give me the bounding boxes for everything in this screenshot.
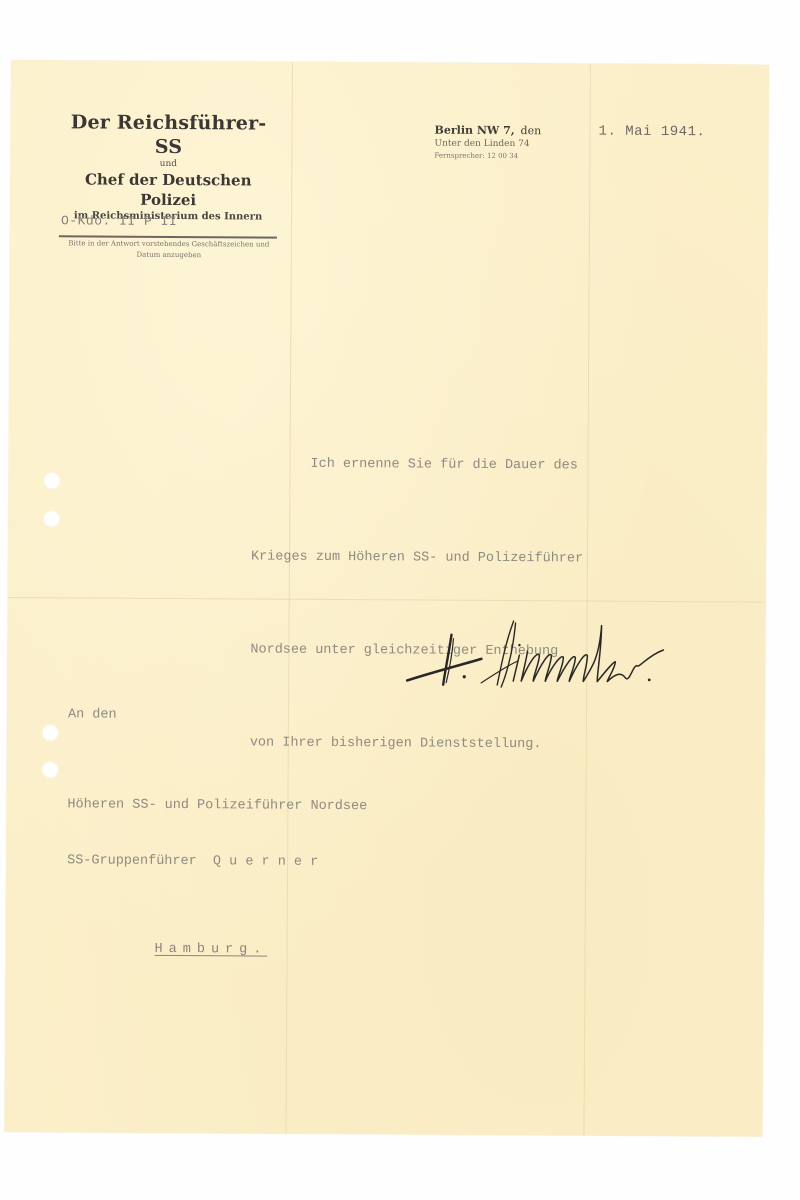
- reference-note-line: Datum anzugeben: [59, 249, 279, 261]
- reference-note: Bitte in der Antwort vorstehendes Geschä…: [59, 238, 279, 261]
- reference-note-line: Bitte in der Antwort vorstehendes Geschä…: [59, 238, 279, 250]
- body-line: Ich ernenne Sie für die Dauer des: [251, 448, 583, 481]
- sender-city: Berlin NW 7,: [435, 124, 515, 137]
- letter-sheet: Der Reichsführer-SS und Chef der Deutsch…: [4, 60, 769, 1137]
- recipient-title: Höheren SS- und Polizeiführer Nordsee: [67, 792, 367, 820]
- punch-hole: [43, 762, 58, 777]
- sender-address: Berlin NW 7,den Unter den Linden 74 Fern…: [434, 123, 541, 163]
- sender-phone: Fernsprecher: 12 00 34: [434, 150, 541, 163]
- letterhead: Der Reichsführer-SS und Chef der Deutsch…: [58, 110, 279, 224]
- sender-city-line: Berlin NW 7,den: [435, 123, 542, 139]
- punch-hole: [43, 725, 58, 740]
- letterhead-title: Der Reichsführer-SS: [58, 110, 278, 159]
- recipient-address: An den Höheren SS- und Polizeiführer Nor…: [66, 672, 368, 994]
- recipient-city: Hamburg.: [66, 936, 366, 964]
- reference-code: O-Kdo. II P II: [61, 213, 177, 229]
- sender-den: den: [521, 124, 542, 137]
- signature-himmler: [401, 614, 691, 696]
- letter-date: 1. Mai 1941.: [599, 124, 706, 141]
- recipient-salutation: An den: [68, 702, 368, 730]
- sender-street: Unter den Linden 74: [434, 138, 541, 151]
- photo-background: Der Reichsführer-SS und Chef der Deutsch…: [0, 0, 800, 1200]
- body-line: Krieges zum Höheren SS- und Polizeiführe…: [251, 541, 583, 574]
- punch-hole: [44, 511, 59, 526]
- punch-hole: [44, 473, 59, 488]
- letterhead-subtitle: Chef der Deutschen Polizei: [58, 169, 278, 210]
- recipient-name: SS-Gruppenführer Q u e r n e r: [67, 848, 367, 876]
